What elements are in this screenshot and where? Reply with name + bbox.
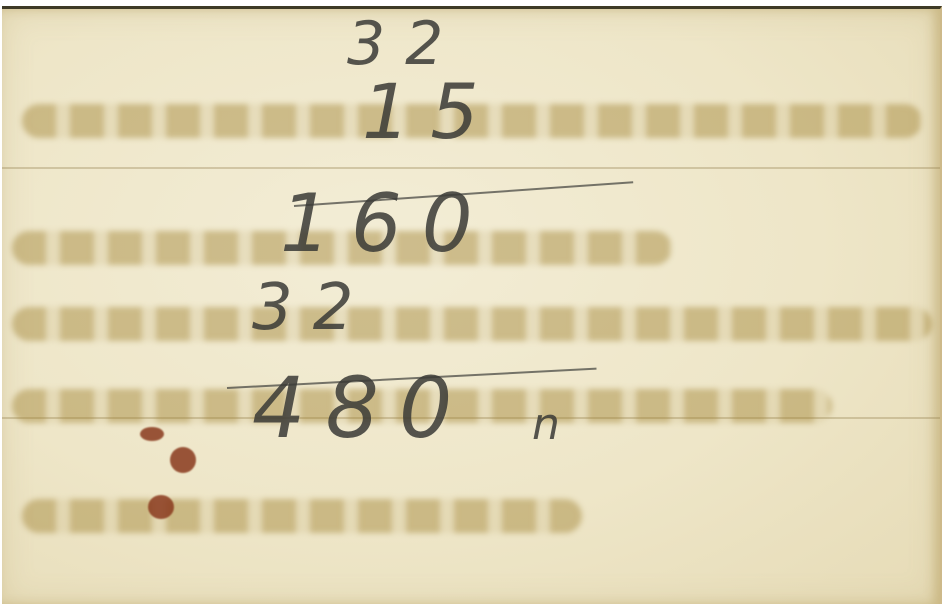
paper-sheet: 32 15 160 32 480 n xyxy=(2,6,942,604)
pencil-partial-product-1: 160 xyxy=(280,177,493,270)
red-ink-mark xyxy=(170,447,196,473)
red-ink-mark xyxy=(148,495,174,519)
pencil-partial-product-2: 32 xyxy=(252,271,373,345)
ink-bleed-line-3 xyxy=(12,307,932,341)
pencil-multiplier: 15 xyxy=(362,67,499,156)
red-ink-mark xyxy=(140,427,164,441)
pencil-result: 480 xyxy=(252,359,472,457)
pencil-trailing-mark: n xyxy=(532,399,580,450)
ink-bleed-line-5 xyxy=(22,499,582,533)
fold-crease xyxy=(2,167,940,169)
